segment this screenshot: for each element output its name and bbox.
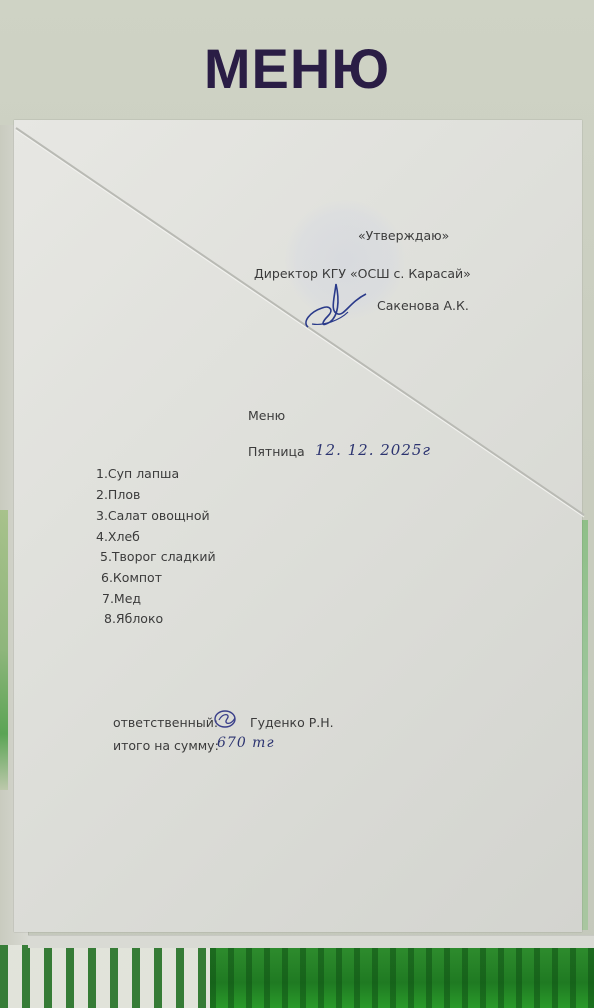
day-label: Пятница [248, 444, 305, 459]
menu-item: 8.Яблоко [104, 611, 163, 626]
menu-item: 7.Мед [102, 591, 141, 606]
menu-label: Меню [248, 408, 285, 423]
approval-heading: «Утверждаю» [358, 228, 449, 243]
responsible-signature-icon [213, 708, 239, 730]
approval-name: Сакенова А.К. [377, 298, 469, 313]
menu-item: 2.Плов [96, 487, 140, 502]
board-title: МЕНЮ [0, 36, 594, 101]
menu-item: 4.Хлеб [96, 529, 140, 544]
menu-item: 1.Суп лапша [96, 466, 179, 481]
plastic-sleeve-edge [28, 935, 594, 948]
responsible-label: ответственный: [113, 715, 218, 730]
total-label: итого на сумму: [113, 738, 219, 753]
date-handwritten: 12. 12. 2025г [315, 441, 431, 459]
menu-item: 3.Салат овощной [96, 508, 210, 523]
grass-decoration-light [0, 945, 210, 1008]
total-handwritten: 670 тг [217, 735, 275, 751]
left-green-decoration [0, 510, 8, 790]
responsible-name: Гуденко Р.Н. [250, 715, 334, 730]
menu-item: 6.Компот [101, 570, 162, 585]
grass-decoration [210, 945, 594, 1008]
menu-item: 5.Творог сладкий [100, 549, 216, 564]
director-signature-icon [300, 272, 370, 334]
